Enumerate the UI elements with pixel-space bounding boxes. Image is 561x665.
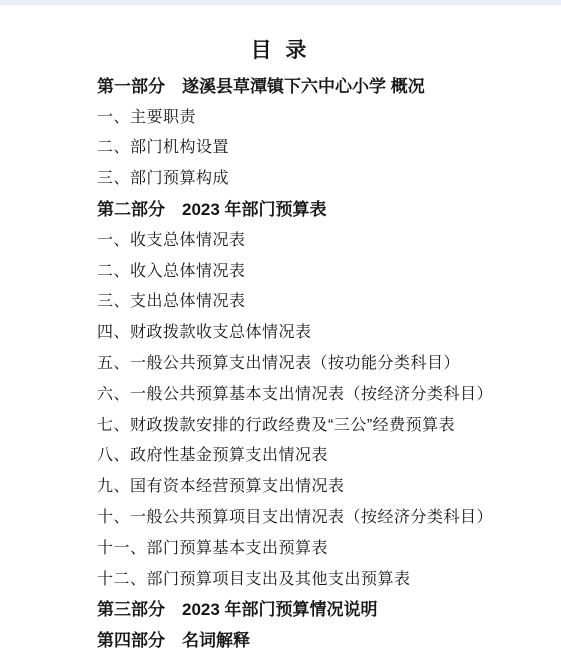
toc-section-heading: 第一部分 遂溪县草潭镇下六中心小学 概况 bbox=[0, 69, 561, 100]
document-page: 目 录 第一部分 遂溪县草潭镇下六中心小学 概况一、主要职责二、部门机构设置三、… bbox=[0, 0, 561, 665]
toc-section-heading: 第三部分 2023 年部门预算情况说明 bbox=[0, 593, 561, 624]
toc-item: 十二、部门预算项目支出及其他支出预算表 bbox=[0, 562, 561, 593]
toc-item: 二、部门机构设置 bbox=[0, 131, 561, 162]
toc-item: 八、政府性基金预算支出情况表 bbox=[0, 439, 561, 470]
toc-item: 二、收入总体情况表 bbox=[0, 254, 561, 285]
toc-item: 六、一般公共预算基本支出情况表（按经济分类科目） bbox=[0, 377, 561, 408]
toc-title: 目 录 bbox=[0, 40, 561, 62]
toc-item: 五、一般公共预算支出情况表（按功能分类科目） bbox=[0, 346, 561, 377]
toc-section-heading: 第四部分 名词解释 bbox=[0, 623, 561, 654]
toc-item: 三、部门预算构成 bbox=[0, 161, 561, 192]
toc-section-heading: 第二部分 2023 年部门预算表 bbox=[0, 192, 561, 223]
toc-item: 一、主要职责 bbox=[0, 100, 561, 131]
toc-item: 四、财政拨款收支总体情况表 bbox=[0, 315, 561, 346]
toc-item: 七、财政拨款安排的行政经费及“三公”经费预算表 bbox=[0, 408, 561, 439]
toc-item: 三、支出总体情况表 bbox=[0, 285, 561, 316]
top-strip bbox=[0, 0, 561, 5]
toc-item: 十一、部门预算基本支出预算表 bbox=[0, 531, 561, 562]
toc-item: 十、一般公共预算项目支出情况表（按经济分类科目） bbox=[0, 500, 561, 531]
toc-list: 第一部分 遂溪县草潭镇下六中心小学 概况一、主要职责二、部门机构设置三、部门预算… bbox=[0, 69, 561, 654]
toc-item: 九、国有资本经营预算支出情况表 bbox=[0, 469, 561, 500]
toc-item: 一、收支总体情况表 bbox=[0, 223, 561, 254]
